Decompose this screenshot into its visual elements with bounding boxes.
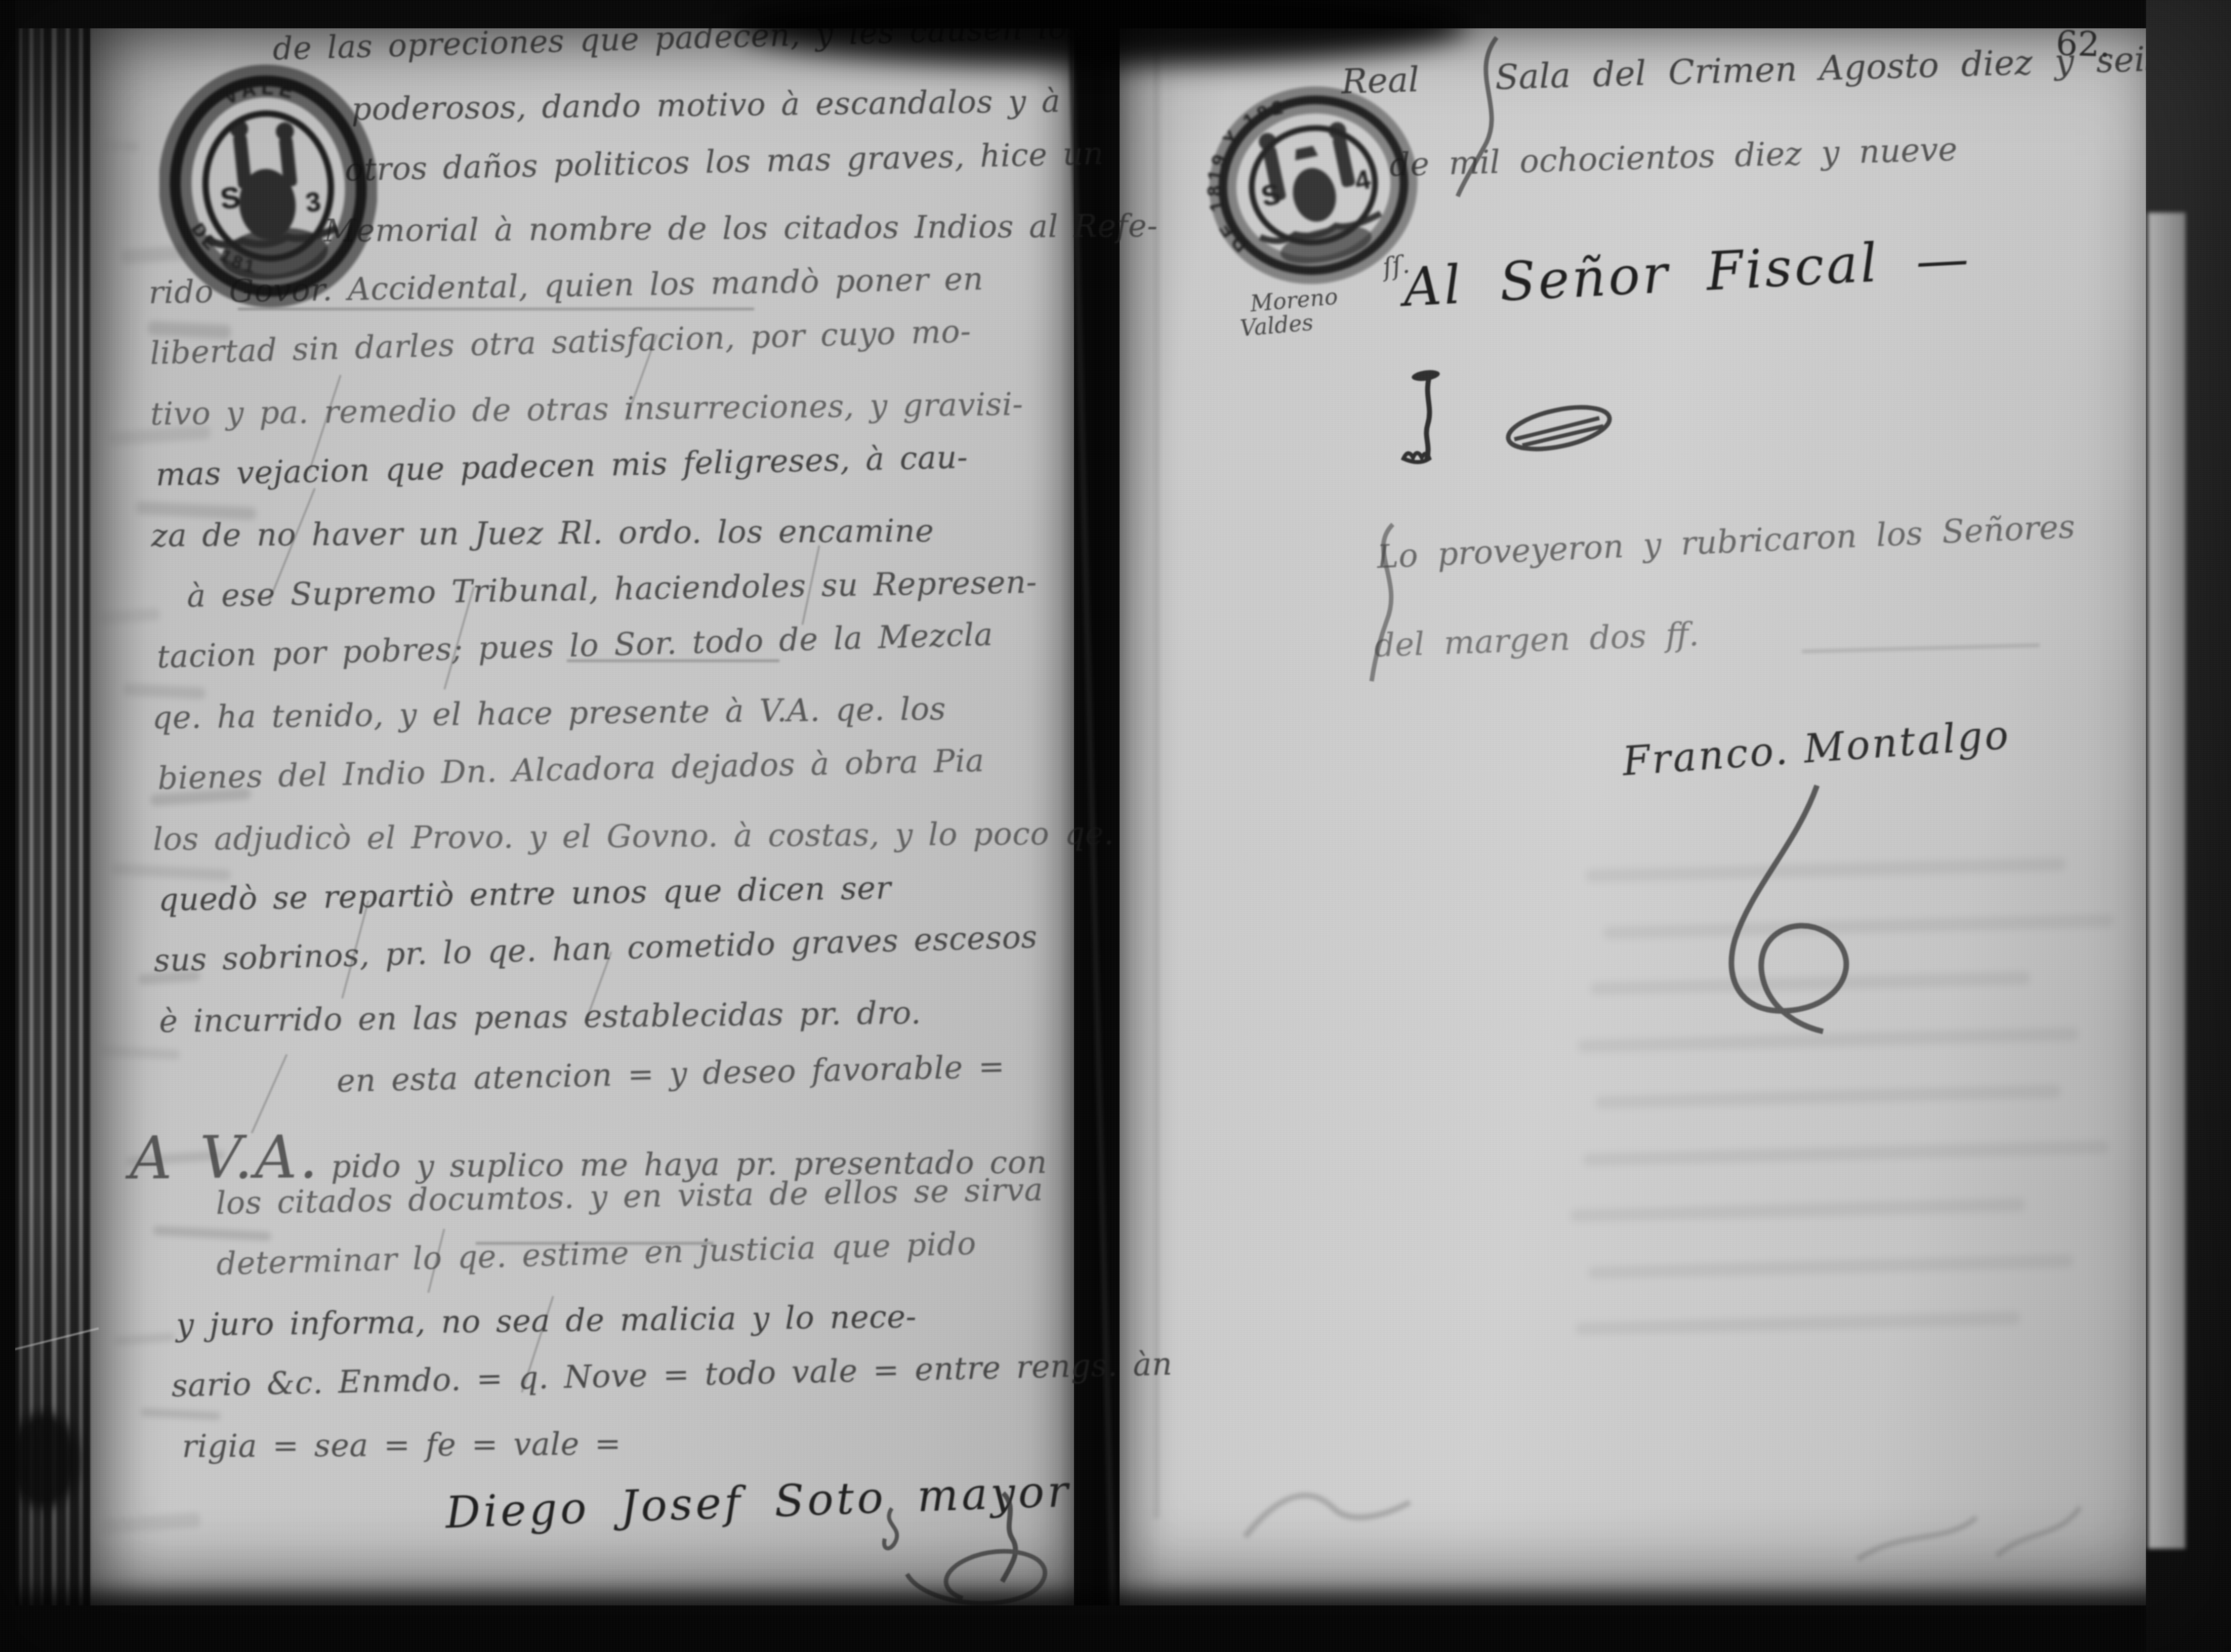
- binding-shading: [14, 0, 90, 1652]
- bleedthrough-text-line: [1570, 1198, 2026, 1222]
- manuscript-line: za de no haver un Juez Rl. ordo. los enc…: [151, 512, 934, 554]
- manuscript-line: mas vejacion que padecen mis feligreses,…: [155, 438, 968, 493]
- line-lead-abbreviation: A V.A.: [130, 1123, 320, 1192]
- manuscript-line: tacion por pobres; pues lo Sor. todo de …: [156, 615, 994, 675]
- gutter-shadow: [1061, 13, 1132, 1618]
- bleedthrough-text-line: [1588, 1254, 2074, 1279]
- manuscript-line: poderosos, dando motivo à escandalos y à: [351, 82, 1061, 128]
- header-line-1-rest: Sala del Crimen Agosto diez y seis de: [1495, 37, 2228, 98]
- decree-line-1: Lo proveyeron y rubricaron los Señores: [1376, 508, 2076, 576]
- manuscript-line: los adjudicò el Provo. y el Govno. à cos…: [153, 815, 1114, 858]
- bottom-faint-mark-left: [1235, 1471, 1417, 1557]
- right-page: 62. RealSala del Crimen Agosto diez y se…: [1120, 13, 2193, 1618]
- manuscript-line: en esta atencion = y deseo favorable =: [336, 1048, 1005, 1099]
- header-swash: [1449, 33, 1519, 200]
- manuscript-line: quedò se repartiò entre unos que dicen s…: [158, 869, 891, 918]
- decree-initial-flourish: [1357, 519, 1418, 686]
- bleedthrough-text-line: [1575, 1311, 2020, 1335]
- manuscript-line: tivo y pa. remedio de otras insurrecione…: [150, 386, 1023, 433]
- manuscript-line: sus sobrinos, pr. lo qe. han cometido gr…: [153, 918, 1038, 979]
- manuscript-line: Memorial à nombre de los citados Indios …: [324, 207, 1158, 249]
- habilitation-name-valdes: Valdes: [1239, 310, 1314, 342]
- photo-border-bottom: [0, 1605, 2231, 1652]
- manuscript-line: determinar lo qe. estime en justicia que…: [216, 1225, 976, 1283]
- j-rubric-mark: [1399, 367, 1465, 476]
- address-al-senor-fiscal: Al Señor Fiscal —: [1402, 227, 1973, 319]
- left-seal-letter-3: 3: [304, 186, 322, 218]
- photo-border-left: [0, 0, 15, 1652]
- left-page: VALE DE 1819 S 3 d: [87, 20, 1074, 1615]
- decree-dash-stroke: [1802, 644, 2040, 653]
- oval-scribble-mark: [1498, 398, 1620, 459]
- right-page-fold-shade: [1154, 51, 1159, 1518]
- bleedthrough-text-line: [1583, 1140, 2109, 1166]
- left-notarial-seal: VALE DE 1819 S 3: [159, 63, 377, 309]
- manuscript-line: rigia = sea = fe = vale =: [182, 1425, 621, 1465]
- page-edge-highlight: [2148, 213, 2185, 1549]
- manuscript-line: sario &c. Enmdo. = q. Nove = todo vale =…: [171, 1345, 1173, 1404]
- bleedthrough-text-line: [1595, 1085, 2061, 1109]
- manuscript-line: qe. ha tenido, y el hace presente à V.A.…: [152, 690, 946, 736]
- manuscript-line: y juro informa, no sea de malicia y lo n…: [176, 1298, 917, 1343]
- scribe-signature: Franco. Montalgo: [1621, 712, 2012, 784]
- scribe-rubric-flourish: [1650, 782, 1913, 1056]
- manuscript-photo: VALE DE 1819 S 3 d: [0, 0, 2231, 1652]
- decree-line-2: del margen dos ff.: [1374, 616, 1700, 665]
- manuscript-line: bienes del Indio Dn. Alcadora dejados à …: [157, 741, 985, 797]
- manuscript-line: otros daños politicos los mas graves, hi…: [344, 135, 1104, 188]
- manuscript-line: à ese Supremo Tribunal, haciendoles su R…: [187, 563, 1038, 614]
- manuscript-line: è incurrido en las penas establecidas pr…: [159, 994, 921, 1040]
- bottom-faint-mark-right: [1842, 1481, 2095, 1582]
- right-habilitation-seal: DE 1819 Y 1820 S 4: [1207, 76, 1420, 294]
- petitioner-rubric-flourish: [877, 1488, 1059, 1615]
- binding-dark-blob: [8, 1412, 79, 1508]
- manuscript-line: libertad sin darles otra satisfacion, po…: [149, 312, 971, 371]
